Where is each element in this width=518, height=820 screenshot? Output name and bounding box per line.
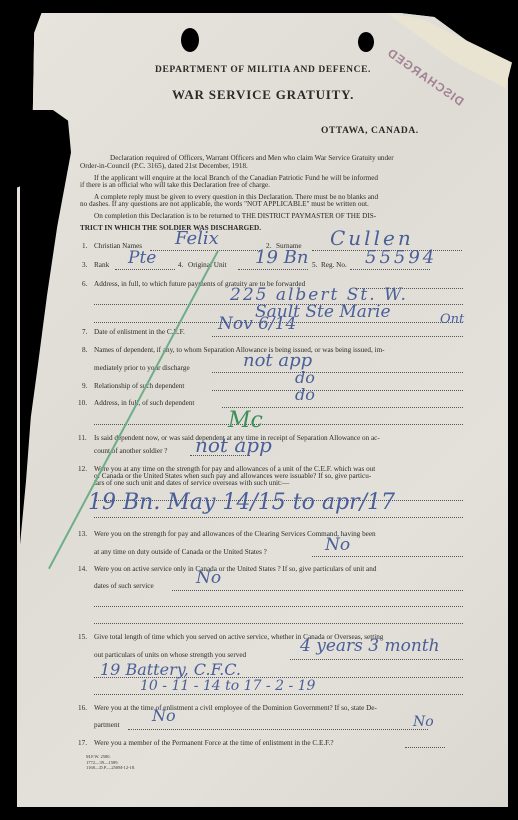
q1-line: [150, 250, 260, 251]
q12-line: [94, 517, 463, 518]
separation-allowance-field[interactable]: not app: [195, 433, 272, 457]
q11-label-cont: count of another soldier ?: [94, 447, 167, 455]
christian-names-field[interactable]: Felix: [175, 228, 219, 249]
address-line3-field[interactable]: Ont: [440, 312, 464, 327]
instruction-line: On completion this Declaration is to be …: [94, 212, 376, 221]
q7-line: [212, 336, 463, 337]
q14-label-cont: dates of such service: [94, 582, 154, 590]
q11-number: 11.: [78, 434, 87, 442]
q8-label: Names of dependent, if any, to whom Sepa…: [94, 346, 385, 354]
instruction-line: if there is an official who will take th…: [80, 181, 270, 190]
punch-hole: [181, 28, 199, 52]
instruction-line: TRICT IN WHICH THE SOLDIER WAS DISCHARGE…: [80, 224, 261, 233]
q16-line: [128, 729, 428, 730]
form-footer: M.F.W. 2580. 1772—39—1589. 1168—D.P.—250…: [86, 754, 135, 771]
service-dates-field[interactable]: 10 - 11 - 14 to 17 - 2 - 19: [140, 678, 315, 694]
enlistment-date-field[interactable]: Nov 6/14: [218, 314, 296, 334]
q16-label-cont: partment: [94, 721, 120, 729]
q14-line: [172, 590, 463, 591]
department-field[interactable]: No: [413, 714, 434, 730]
punch-hole: [358, 32, 374, 52]
q3-line: [115, 269, 175, 270]
canada-service-field[interactable]: No: [196, 568, 221, 588]
q6-number: 6.: [82, 280, 87, 288]
instruction-line: Order-in-Council (P.C. 3165), dated 21st…: [80, 162, 248, 171]
q14-line: [94, 623, 463, 624]
q17-number: 17.: [78, 739, 87, 747]
q15-label-cont: out particulars of units on whose streng…: [94, 651, 246, 659]
q14-label: Were you on active service only in Canad…: [94, 565, 376, 573]
q14-number: 14.: [78, 565, 87, 573]
q7-number: 7.: [82, 328, 87, 336]
clearing-services-field[interactable]: No: [325, 535, 350, 555]
department-heading: DEPARTMENT OF MILITIA AND DEFENCE.: [155, 65, 371, 75]
q9-label: Relationship of such dependent: [94, 382, 184, 390]
q17-line: [405, 747, 445, 748]
q15-line: [94, 694, 463, 695]
form-title: WAR SERVICE GRATUITY.: [172, 87, 354, 103]
q8-number: 8.: [82, 346, 87, 354]
reg-no-field[interactable]: 55594: [365, 247, 437, 268]
q13-label-cont: at any time on duty outside of Canada or…: [94, 548, 267, 556]
q12-number: 12.: [78, 465, 87, 473]
q4-number: 4.: [178, 261, 183, 269]
q10-label: Address, in full, of such dependent: [94, 399, 194, 407]
units-served-field[interactable]: 19 Battery, C.F.C.: [100, 660, 241, 679]
q10-line: [94, 424, 463, 425]
q12-label-cont: lars of one such unit and dates of servi…: [94, 479, 289, 487]
q3-label: Rank: [94, 261, 109, 269]
green-initials: Mc: [228, 408, 263, 433]
q15-line: [290, 659, 463, 660]
footer-line: 1168—D.P.—250M-12-18.: [86, 765, 135, 771]
q5-line: [350, 269, 430, 270]
q16-number: 16.: [78, 704, 87, 712]
civil-employee-field[interactable]: No: [152, 706, 176, 725]
q13-line: [312, 556, 463, 557]
overseas-service-field[interactable]: 19 Bn. May 14/15 to apr/17: [88, 490, 395, 515]
q8-line: [212, 372, 463, 373]
q9-line: [212, 390, 463, 391]
location: OTTAWA, CANADA.: [321, 126, 419, 136]
instruction-line: no dashes. If any questions are not appl…: [80, 200, 369, 209]
q13-number: 13.: [78, 530, 87, 538]
q17-label: Were you a member of the Permanent Force…: [94, 739, 334, 747]
dependent-address-field[interactable]: do: [295, 385, 315, 404]
q16-label: Were you at the time of enlistment a civ…: [94, 704, 377, 712]
q9-number: 9.: [82, 382, 87, 390]
q14-line: [94, 606, 463, 607]
rank-field[interactable]: Pte: [128, 248, 156, 268]
q1-number: 1.: [82, 242, 87, 250]
q5-label: Reg. No.: [321, 261, 347, 269]
original-unit-field[interactable]: 19 Bn: [255, 247, 308, 268]
q4-line: [238, 269, 308, 270]
q3-number: 3.: [82, 261, 87, 269]
q8-label-cont: mediately prior to your discharge: [94, 364, 190, 372]
q10-number: 10.: [78, 399, 87, 407]
q5-number: 5.: [312, 261, 317, 269]
total-service-field[interactable]: 4 years 3 month: [300, 636, 440, 656]
q15-number: 15.: [78, 633, 87, 641]
